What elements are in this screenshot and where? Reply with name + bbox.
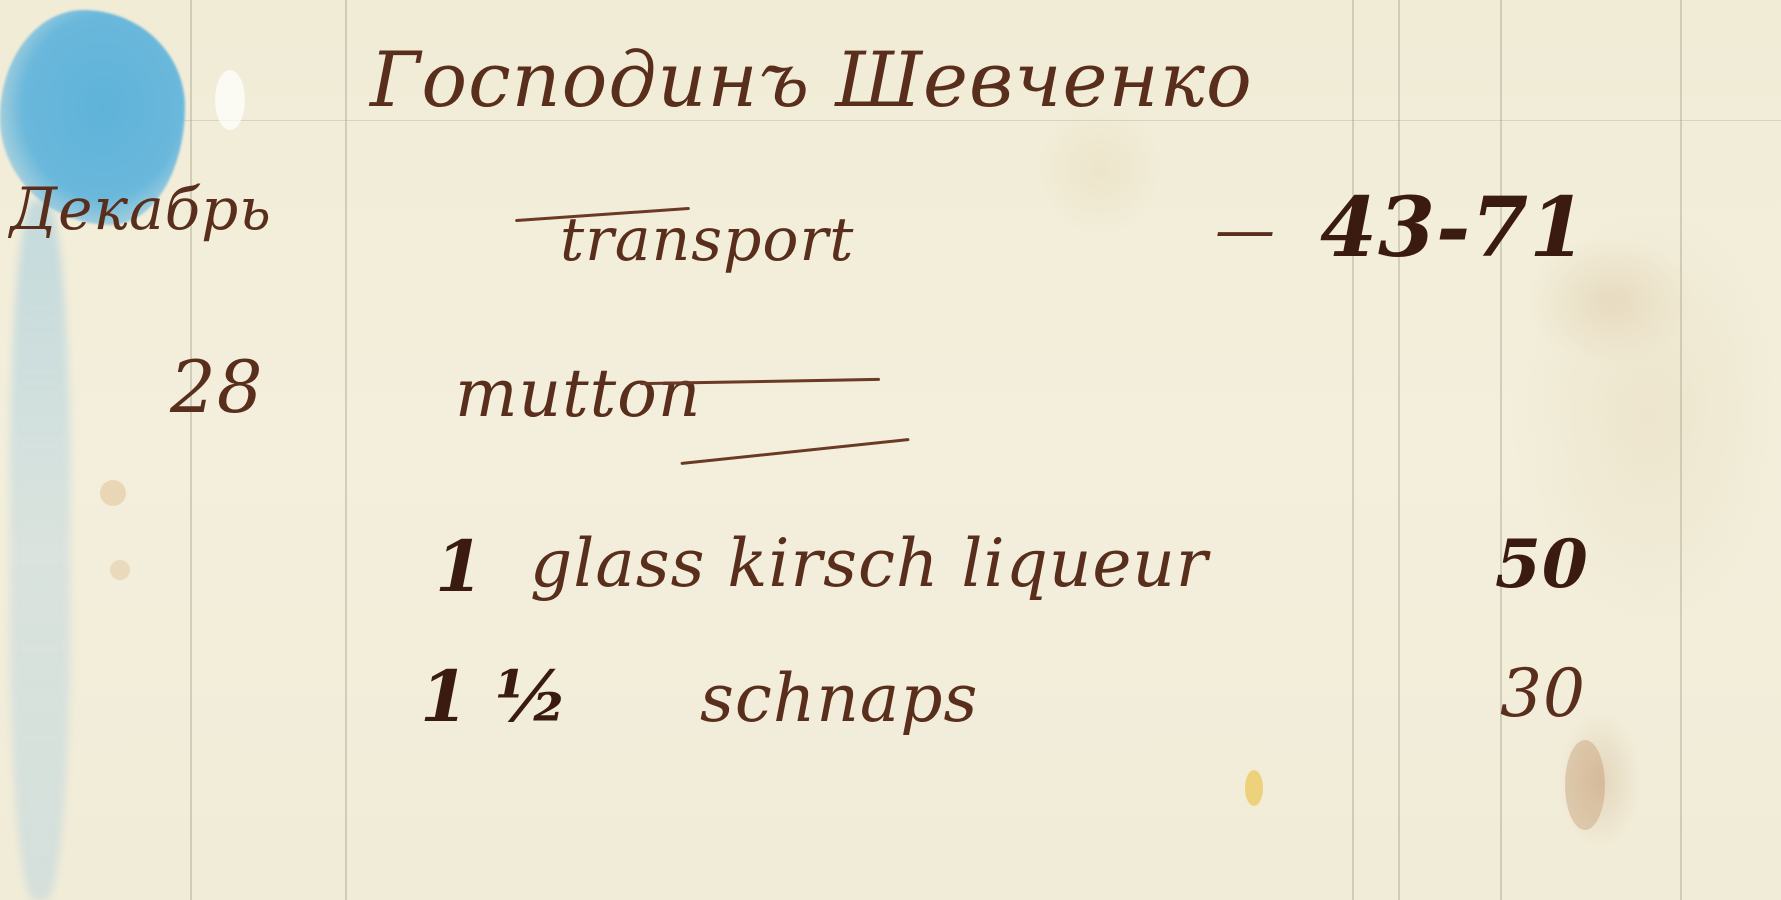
ruling-line bbox=[1500, 0, 1502, 900]
yellow-spot bbox=[1245, 770, 1263, 806]
ruling-line bbox=[1398, 0, 1400, 900]
entry-amount: 50 bbox=[1495, 525, 1589, 603]
entry-quantity: 1 ½ bbox=[420, 655, 569, 738]
transport-label: transport bbox=[560, 205, 854, 275]
entry-description: mutton bbox=[455, 355, 701, 432]
entry-quantity: 1 bbox=[435, 525, 485, 608]
entry-description: glass kirsch liqueur bbox=[530, 525, 1209, 602]
blue-ink-drip-stain bbox=[10, 200, 70, 900]
brown-stain bbox=[1565, 740, 1605, 830]
entry-description: schnaps bbox=[700, 660, 978, 737]
ruling-line bbox=[190, 0, 192, 900]
addressee-heading: Господинъ Шевченко bbox=[370, 35, 1253, 124]
entry-day: 28 bbox=[170, 345, 264, 429]
paper-spot bbox=[215, 70, 245, 130]
month-label: Декабрь bbox=[10, 175, 272, 243]
transport-amount: 43-71 bbox=[1320, 180, 1587, 276]
entry-amount: 30 bbox=[1500, 655, 1586, 732]
foxing-spot bbox=[110, 560, 130, 580]
foxing-spot bbox=[100, 480, 126, 506]
paper-background bbox=[0, 0, 1781, 900]
ruling-line bbox=[345, 0, 347, 900]
transport-dash: — bbox=[1215, 195, 1276, 265]
ruling-line bbox=[1352, 0, 1354, 900]
ruling-line bbox=[1680, 0, 1682, 900]
